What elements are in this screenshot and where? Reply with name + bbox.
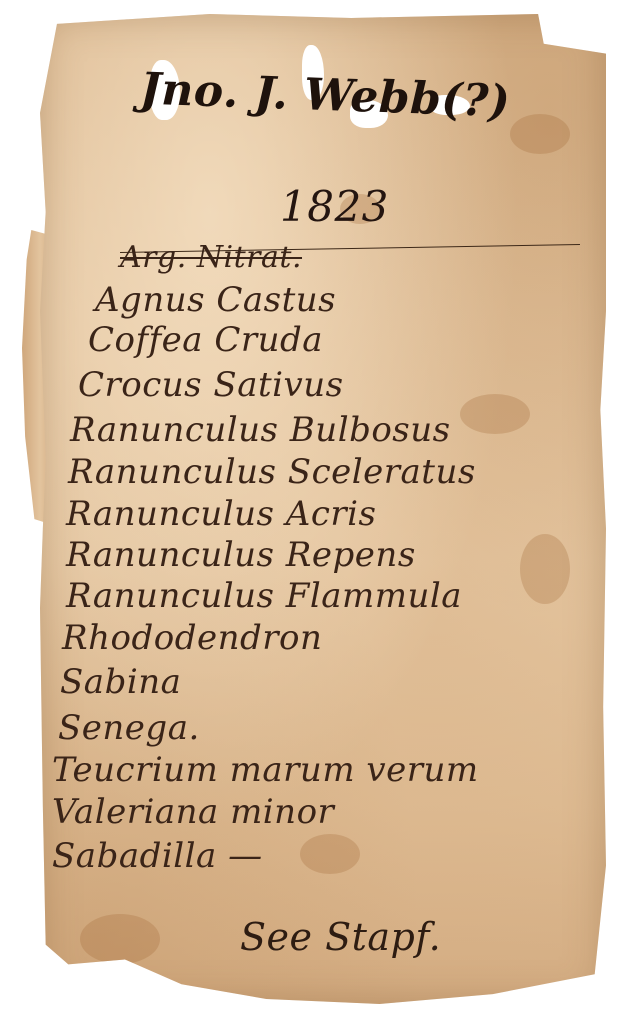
list-item: Rhododendron — [62, 618, 322, 658]
list-item: Crocus Sativus — [78, 365, 344, 405]
crossed-out-entry: Arg. Nitrat. — [120, 240, 302, 275]
footer-note: See Stapf. — [240, 915, 441, 959]
list-item: Ranunculus Flammula — [66, 576, 462, 616]
list-item: Ranunculus Bulbosus — [70, 410, 451, 450]
stain — [520, 534, 570, 604]
list-item: Teucrium marum verum — [52, 750, 479, 790]
list-item: Agnus Castus — [95, 280, 336, 320]
stain — [300, 834, 360, 874]
document-year: 1823 — [280, 182, 389, 231]
list-item: Ranunculus Acris — [66, 494, 376, 534]
stain — [80, 914, 160, 964]
list-item: Ranunculus Sceleratus — [68, 452, 476, 492]
list-item: Sabadilla — — [52, 836, 263, 876]
list-item: Senega. — [58, 708, 200, 748]
list-item: Sabina — [60, 662, 181, 702]
stain — [510, 114, 570, 154]
stain — [460, 394, 530, 434]
list-item: Ranunculus Repens — [66, 535, 416, 575]
list-item: Coffea Cruda — [88, 320, 323, 360]
list-item: Valeriana minor — [52, 792, 334, 832]
